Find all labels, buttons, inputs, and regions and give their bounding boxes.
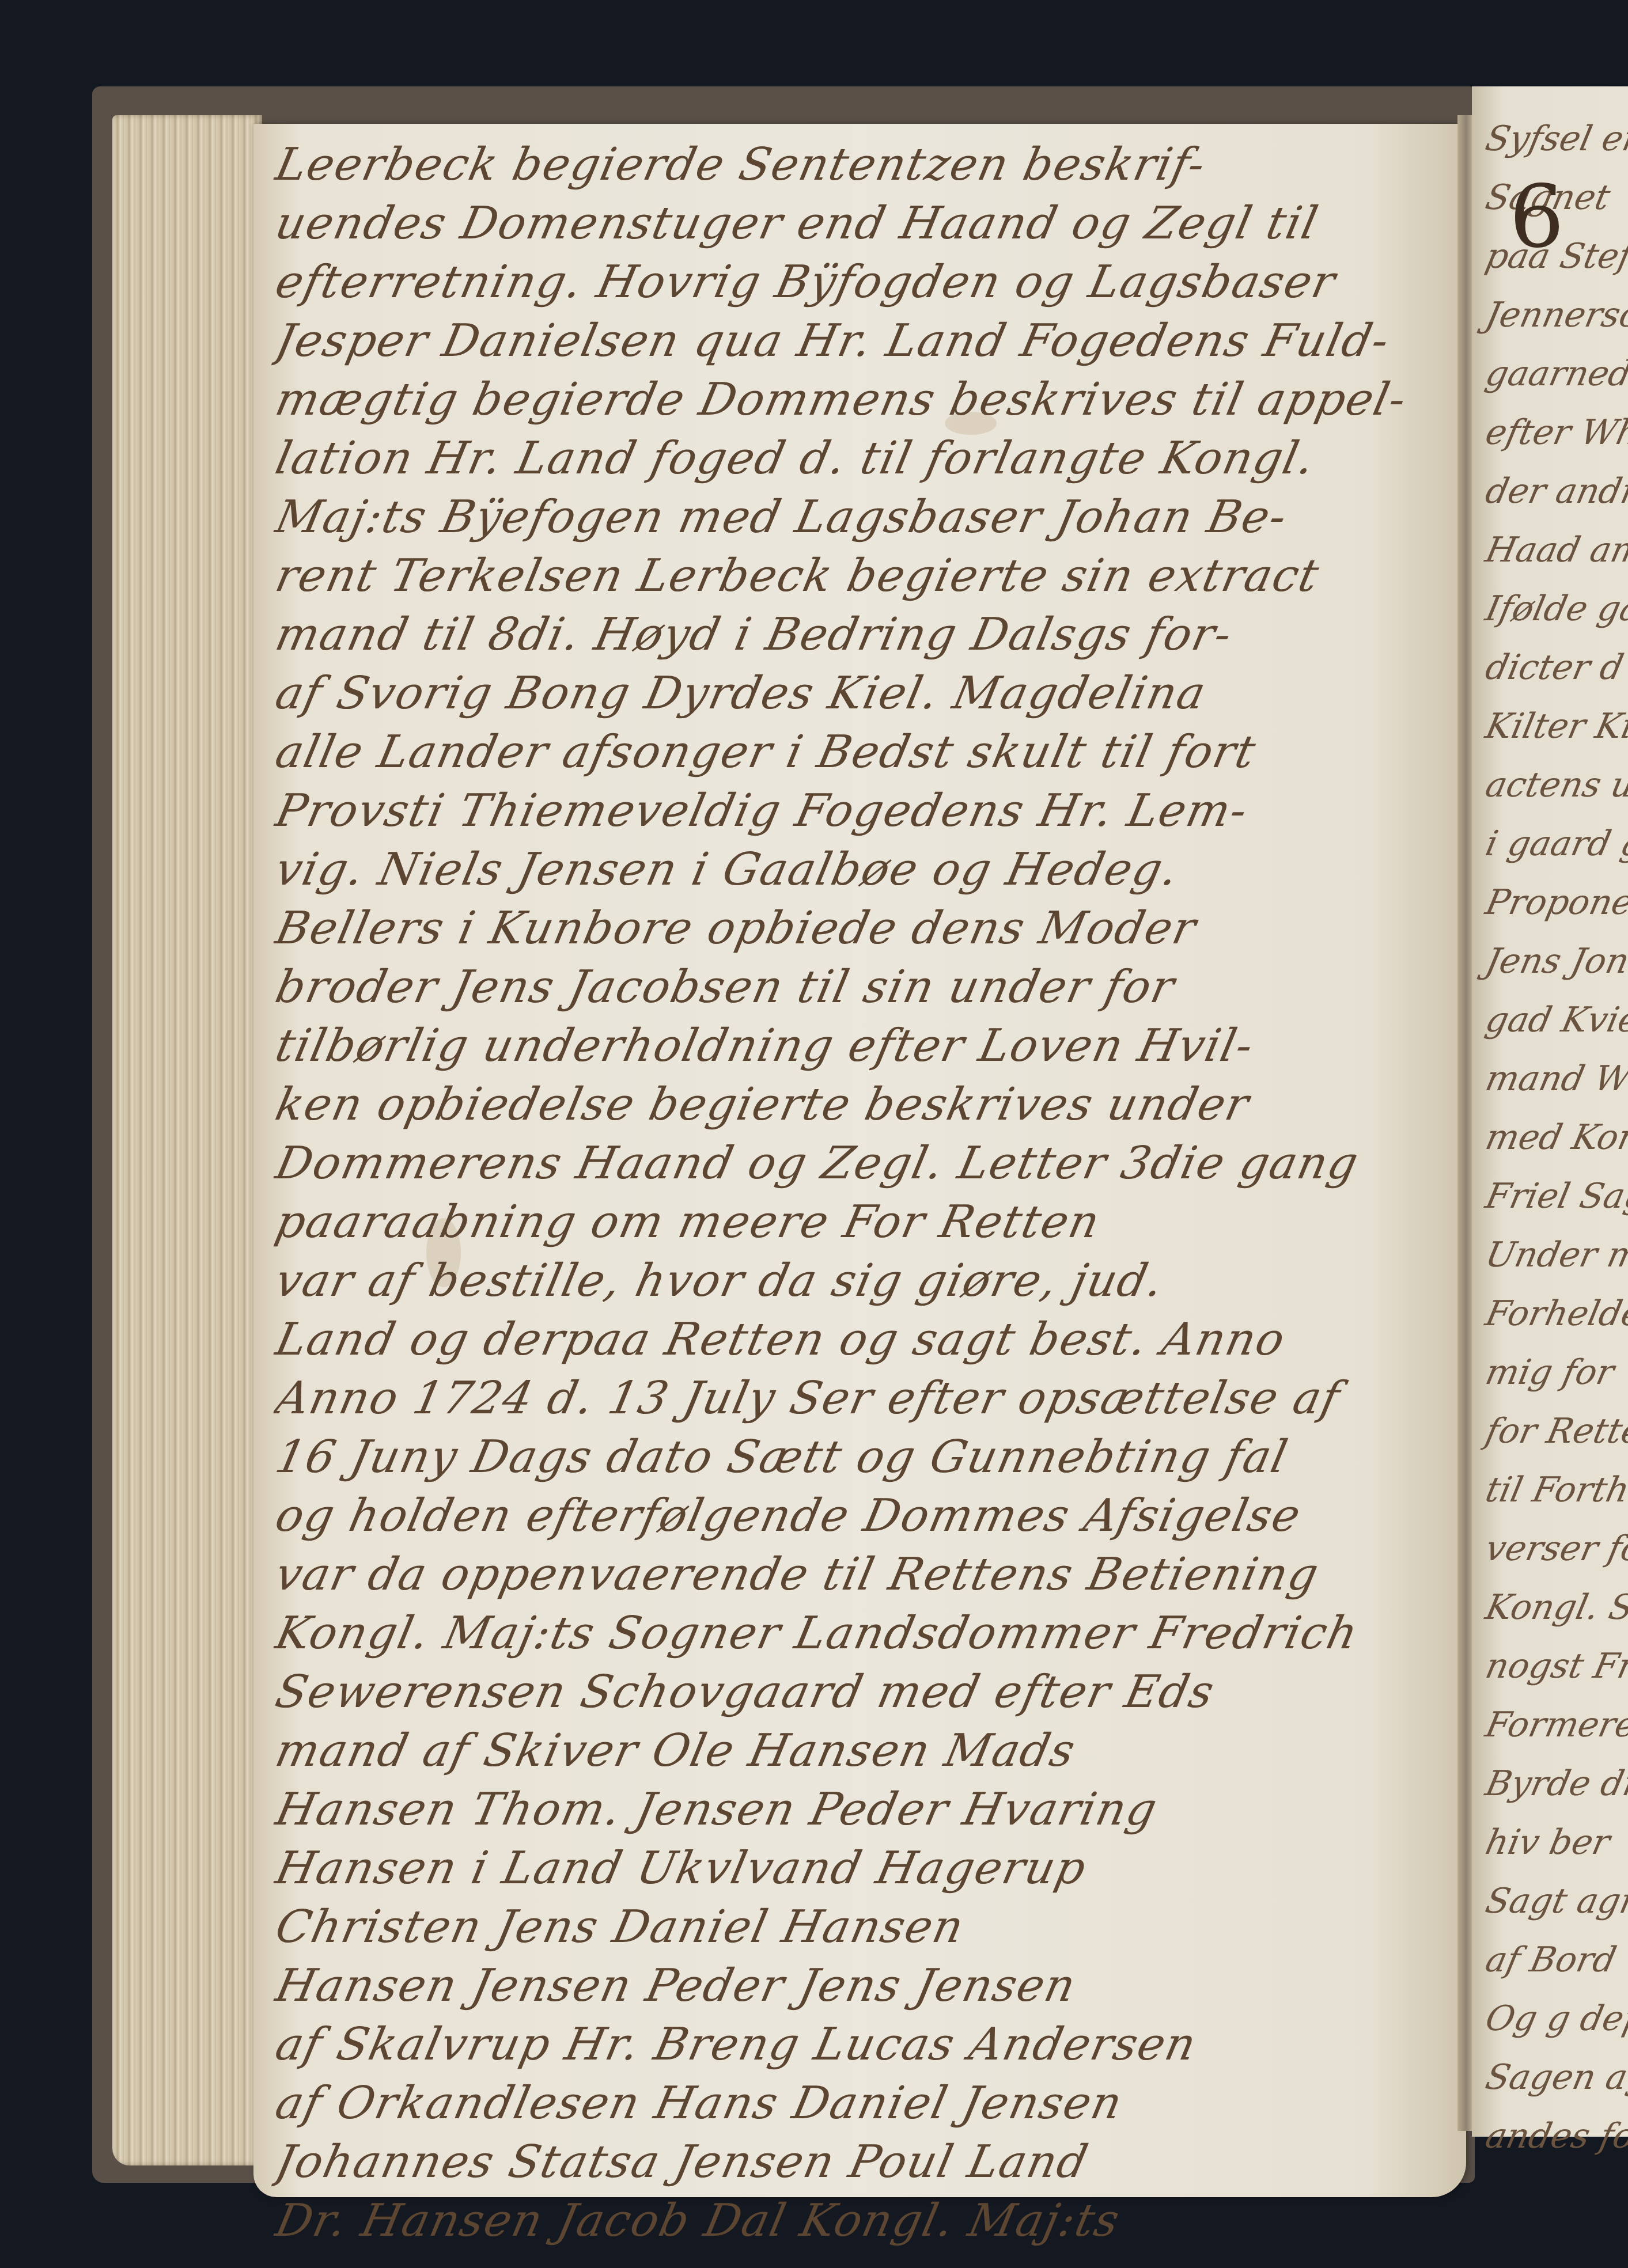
- manuscript-line: Provsti Thiemeveldig Fogedens Hr. Lem-: [270, 782, 1449, 840]
- manuscript-line: broder Jens Jacobsen til sin under for: [270, 958, 1449, 1017]
- manuscript-line: Bellers i Kunbore opbiede dens Moder: [270, 899, 1449, 958]
- manuscript-line: Hansen Jensen Peder Jens Jensen: [270, 1956, 1449, 2015]
- manuscript-line: Sewerensen Schovgaard med efter Eds: [270, 1663, 1449, 1721]
- manuscript-line: paaraabning om meere For Retten: [270, 1193, 1449, 1251]
- right-page-line: actens ud: [1480, 756, 1628, 814]
- manuscript-line: mand af Skiver Ole Hansen Mads: [270, 1721, 1449, 1780]
- page-edges: [112, 115, 262, 2165]
- right-page-line: Byrde dr: [1480, 1754, 1628, 1813]
- right-page-line: der andre: [1480, 462, 1628, 521]
- right-page-line: i gaard go: [1480, 814, 1628, 873]
- right-page-line: Kongl. Sell: [1480, 1578, 1628, 1637]
- right-page: Syfsel enSagnetpaa StefJennersongaarnede…: [1472, 86, 1628, 2137]
- right-page-line: verser for: [1480, 1519, 1628, 1578]
- right-page-line: Formeren: [1480, 1696, 1628, 1754]
- right-page-line: Sagen ag: [1480, 2048, 1628, 2107]
- manuscript-line: efterretning. Hovrig Bÿfogden og Lagsbas…: [270, 253, 1449, 312]
- manuscript-line: vig. Niels Jensen i Gaalbøe og Hedeg.: [270, 840, 1449, 899]
- right-page-line: Syfsel en: [1480, 109, 1628, 168]
- manuscript-line: Leerbeck begierde Sententzen beskrif-: [270, 135, 1449, 194]
- right-page-line: for Retter: [1480, 1402, 1628, 1461]
- right-page-line: Og g dep: [1480, 1989, 1628, 2048]
- manuscript-line: var da oppenvaerende til Rettens Betieni…: [270, 1545, 1449, 1604]
- manuscript-text: Leerbeck begierde Sententzen beskrif-uen…: [277, 135, 1443, 2250]
- right-page-line: Ifølde ga: [1480, 579, 1628, 638]
- right-page-line: Propone: [1480, 873, 1628, 932]
- right-page-line: til Forthe: [1480, 1461, 1628, 1519]
- manuscript-line: alle Lander afsonger i Bedst skult til f…: [270, 723, 1449, 782]
- manuscript-line: Christen Jens Daniel Hansen: [270, 1898, 1449, 1956]
- manuscript-line: var af bestille, hvor da sig giøre, jud.: [270, 1251, 1449, 1310]
- right-page-line: Jennerson: [1480, 286, 1628, 344]
- manuscript-line: ken opbiedelse begierte beskrives under: [270, 1075, 1449, 1134]
- right-page-line: Kilter Kir: [1480, 697, 1628, 756]
- manuscript-line: rent Terkelsen Lerbeck begierte sin extr…: [270, 547, 1449, 605]
- right-page-line: Friel Sag: [1480, 1167, 1628, 1226]
- manuscript-line: af Svorig Bong Dyrdes Kiel. Magdelina: [270, 664, 1449, 723]
- manuscript-line: 16 Juny Dags dato Sætt og Gunnebting fal: [270, 1428, 1449, 1486]
- right-page-line: mand Wh: [1480, 1049, 1628, 1108]
- manuscript-line: mand til 8di. Høyd i Bedring Dalsgs for-: [270, 605, 1449, 664]
- manuscript-line: Kongl. Maj:ts Sogner Landsdommer Fredric…: [270, 1604, 1449, 1663]
- right-page-line: Haad am: [1480, 521, 1628, 579]
- manuscript-line: Maj:ts Bÿefogen med Lagsbaser Johan Be-: [270, 488, 1449, 547]
- manuscript-line: lation Hr. Land foged d. til forlangte K…: [270, 429, 1449, 488]
- manuscript-line: og holden efterfølgende Dommes Afsigelse: [270, 1486, 1449, 1545]
- manuscript-line: af Skalvrup Hr. Breng Lucas Andersen: [270, 2015, 1449, 2074]
- right-page-line: hiv ber: [1480, 1813, 1628, 1872]
- right-page-line: gad Kvie: [1480, 991, 1628, 1049]
- manuscript-line: Land og derpaa Retten og sagt best. Anno: [270, 1310, 1449, 1369]
- right-page-line: Sagt agn: [1480, 1872, 1628, 1931]
- right-page-line: nogst Fr: [1480, 1637, 1628, 1696]
- right-page-line: gaarnede: [1480, 344, 1628, 403]
- right-page-line: mig for: [1480, 1343, 1628, 1402]
- manuscript-line: Anno 1724 d. 13 July Ser efter opsættels…: [270, 1369, 1449, 1428]
- manuscript-line: mægtig begierde Dommens beskrives til ap…: [270, 370, 1449, 429]
- manuscript-line: Jesper Danielsen qua Hr. Land Fogedens F…: [270, 312, 1449, 370]
- right-page-line: efter Wher: [1480, 403, 1628, 462]
- right-page-line: dicter d: [1480, 638, 1628, 697]
- right-page-line: Under m: [1480, 1226, 1628, 1284]
- manuscript-line: Hansen i Land Ukvlvand Hagerup: [270, 1839, 1449, 1898]
- right-page-line: Jens Jon: [1480, 932, 1628, 991]
- folio-number: 6: [1509, 167, 1564, 267]
- left-page: Leerbeck begierde Sententzen beskrif-uen…: [253, 124, 1466, 2197]
- manuscript-line: Hansen Thom. Jensen Peder Hvaring: [270, 1780, 1449, 1839]
- right-page-line: andes foge: [1480, 2107, 1628, 2165]
- manuscript-line: uendes Domenstuger end Haand og Zegl til: [270, 194, 1449, 253]
- manuscript-line: Dommerens Haand og Zegl. Letter 3die gan…: [270, 1134, 1449, 1193]
- right-page-line: af Bord: [1480, 1931, 1628, 1989]
- right-page-text: Syfsel enSagnetpaa StefJennersongaarnede…: [1486, 109, 1628, 2165]
- right-page-line: med Kong: [1480, 1108, 1628, 1167]
- manuscript-line: tilbørlig underholdning efter Loven Hvil…: [270, 1017, 1449, 1075]
- manuscript-line: Johannes Statsa Jensen Poul Land: [270, 2133, 1449, 2191]
- manuscript-line: af Orkandlesen Hans Daniel Jensen: [270, 2074, 1449, 2133]
- manuscript-line: Dr. Hansen Jacob Dal Kongl. Maj:ts: [270, 2191, 1449, 2250]
- right-page-line: Forhelde: [1480, 1284, 1628, 1343]
